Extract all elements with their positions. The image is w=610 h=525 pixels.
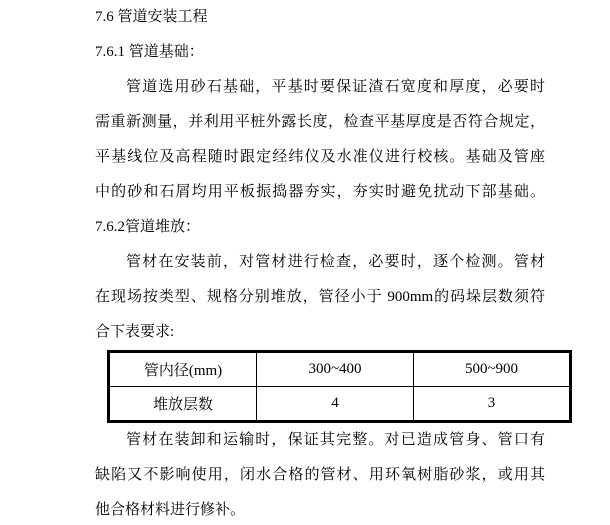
paragraph-line: 需重新测量，并利用平桩外露长度，检查平基厚度是否符合规定， — [95, 105, 545, 140]
paragraph-line: 管材在安装前，对管材进行检查，必要时，逐个检测。管材 — [95, 245, 545, 280]
paragraph-line: 管材在装卸和运输时，保证其完整。对已造成管身、管口有 — [95, 423, 545, 458]
table-cell-layers-value-4: 4 — [257, 387, 414, 422]
paragraph-line: 平基线位及高程随时跟定经纬仪及水准仪进行校核。基础及管座 — [95, 140, 545, 175]
pipe-stacking-table: 管内径(mm) 300~400 500~900 堆放层数 4 3 — [107, 350, 572, 423]
table-cell-range-300-400: 300~400 — [257, 352, 414, 387]
section-heading-7-6-2: 7.6.2管道堆放： — [95, 210, 545, 245]
table-row-layers: 堆放层数 4 3 — [109, 387, 571, 422]
table-cell-inner-diameter-label: 管内径(mm) — [109, 352, 257, 387]
paragraph-line: 在现场按类型、规格分别堆放，管径小于 900mm的码垛层数须符 — [95, 280, 545, 315]
table-row-header: 管内径(mm) 300~400 500~900 — [109, 352, 571, 387]
section-heading-7-6: 7.6 管道安装工程 — [95, 0, 545, 35]
table-cell-range-500-900: 500~900 — [414, 352, 571, 387]
paragraph-line: 缺陷又不影响使用，闭水合格的管材、用环氧树脂砂浆，或用其 — [95, 458, 545, 493]
section-heading-7-6-1: 7.6.1 管道基础： — [95, 35, 545, 70]
table-cell-stack-layers-label: 堆放层数 — [109, 387, 257, 422]
table-cell-layers-value-3: 3 — [414, 387, 571, 422]
document-page: 7.6 管道安装工程 7.6.1 管道基础： 管道选用砂石基础，平基时要保证渣石… — [95, 0, 545, 525]
paragraph-line: 中的砂和石屑均用平板振捣器夯实，夯实时避免扰动下部基础。 — [95, 175, 545, 210]
paragraph-line: 管道选用砂石基础，平基时要保证渣石宽度和厚度，必要时 — [95, 70, 545, 105]
paragraph-line: 他合格材料进行修补。 — [95, 493, 545, 525]
paragraph-line: 合下表要求: — [95, 315, 545, 350]
